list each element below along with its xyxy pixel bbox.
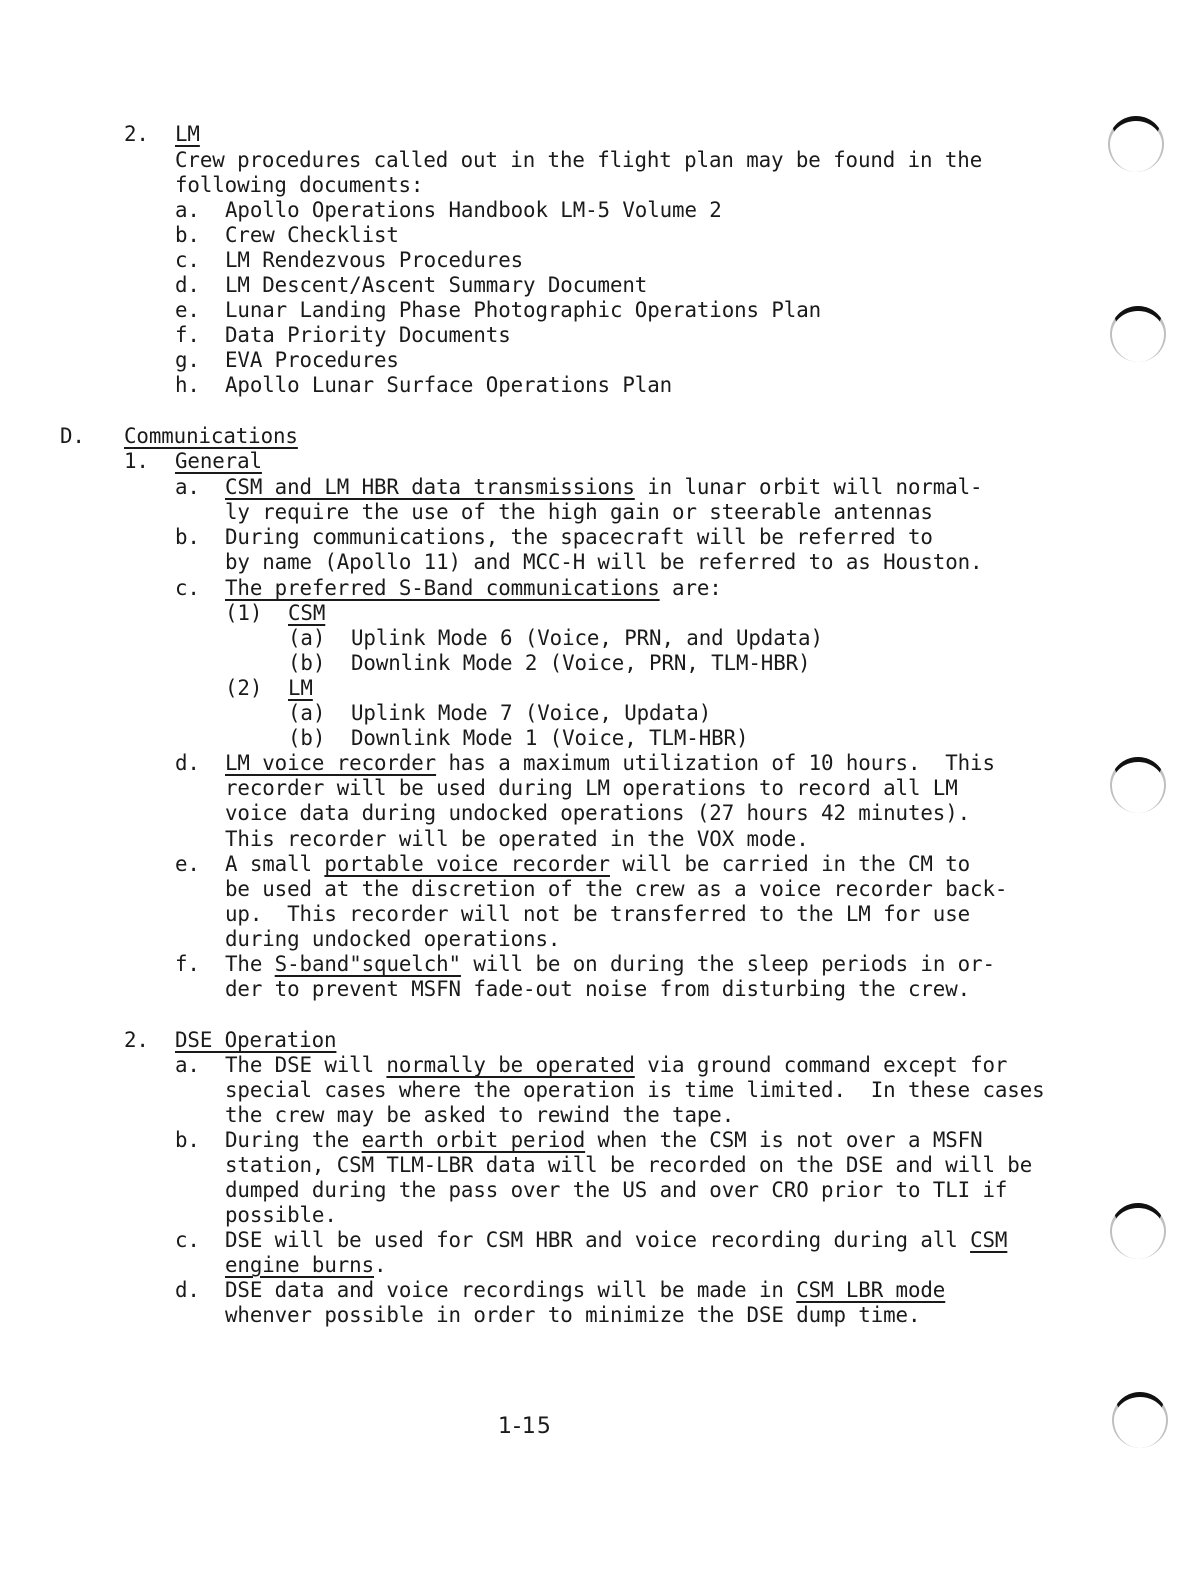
paragraph-line: engine burns. (225, 1253, 386, 1278)
list-item-label: f. (175, 323, 200, 348)
underlined-phrase: engine burns (225, 1253, 374, 1277)
text-run: A small (225, 852, 324, 876)
underlined-phrase: LM voice recorder (225, 751, 436, 775)
sub-item-label: (2) (225, 676, 262, 701)
text-run: The (225, 952, 275, 976)
subsection-number: 1. (124, 449, 149, 474)
paragraph-line: DSE data and voice recordings will be ma… (225, 1278, 945, 1303)
paragraph-line: station, CSM TLM-LBR data will be record… (225, 1153, 1032, 1178)
document-page: 2. LM Crew procedures called out in the … (0, 0, 1196, 1569)
list-item-label: c. (175, 576, 200, 601)
paragraph-line: A small portable voice recorder will be … (225, 852, 970, 877)
paragraph-line: possible. (225, 1203, 337, 1228)
list-item-label: b. (175, 223, 200, 248)
binder-hole-mark (1112, 1392, 1168, 1448)
list-item: Apollo Operations Handbook LM-5 Volume 2 (225, 198, 722, 223)
text-run: During the (225, 1128, 362, 1152)
paragraph-line: The preferred S-Band communications are: (225, 576, 722, 601)
underlined-phrase: normally be operated (386, 1053, 634, 1077)
list-item-label: a. (175, 198, 200, 223)
section-title-communications: Communications (124, 424, 298, 449)
paragraph-line: dumped during the pass over the US and o… (225, 1178, 1007, 1203)
underlined-phrase: The preferred S-Band communications (225, 576, 660, 600)
sub-sub-item: Downlink Mode 1 (Voice, TLM-HBR) (351, 726, 748, 751)
list-item: LM Rendezvous Procedures (225, 248, 523, 273)
list-item-label: a. (175, 1053, 200, 1078)
paragraph-line: be used at the discretion of the crew as… (225, 877, 1007, 902)
list-item: Apollo Lunar Surface Operations Plan (225, 373, 672, 398)
underlined-phrase: portable voice recorder (324, 852, 610, 876)
paragraph-line: This recorder will be operated in the VO… (225, 827, 809, 852)
text-run: when the CSM is not over a MSFN (585, 1128, 982, 1152)
list-item-label: c. (175, 1228, 200, 1253)
sub-item-label: (1) (225, 601, 262, 626)
sub-sub-item-label: (a) (288, 626, 325, 651)
page-number: 1-15 (498, 1414, 552, 1439)
paragraph-line: der to prevent MSFN fade-out noise from … (225, 977, 970, 1002)
text-run: has a maximum utilization of 10 hours. T… (436, 751, 995, 775)
text-run: in lunar orbit will normal- (635, 475, 983, 499)
paragraph-line: during undocked operations. (225, 927, 560, 952)
underlined-phrase: earth orbit period (362, 1128, 586, 1152)
list-item-label: d. (175, 273, 200, 298)
sub-sub-item: Downlink Mode 2 (Voice, PRN, TLM-HBR) (351, 651, 810, 676)
paragraph-line: up. This recorder will not be transferre… (225, 902, 970, 927)
paragraph-line: DSE will be used for CSM HBR and voice r… (225, 1228, 1007, 1253)
text-run: DSE data and voice recordings will be ma… (225, 1278, 796, 1302)
paragraph-line: voice data during undocked operations (2… (225, 801, 970, 826)
list-item-label: e. (175, 852, 200, 877)
sub-sub-item-label: (a) (288, 701, 325, 726)
list-item-label: e. (175, 298, 200, 323)
text-run: will be carried in the CM to (610, 852, 970, 876)
paragraph-line: whenver possible in order to minimize th… (225, 1303, 920, 1328)
text-run: . (374, 1253, 386, 1277)
section-title-lm: LM (175, 122, 200, 147)
text-run: will be on during the sleep periods in o… (461, 952, 995, 976)
text-run: The DSE will (225, 1053, 386, 1077)
list-item-label: h. (175, 373, 200, 398)
sub-sub-item: Uplink Mode 6 (Voice, PRN, and Updata) (351, 626, 823, 651)
section-number: 2. (124, 122, 149, 147)
paragraph-line: following documents: (175, 173, 423, 198)
underlined-phrase: CSM and LM HBR data transmissions (225, 475, 635, 499)
paragraph-line: LM voice recorder has a maximum utilizat… (225, 751, 995, 776)
list-item: Data Priority Documents (225, 323, 511, 348)
binder-hole-mark (1110, 757, 1166, 813)
subsection-title-general: General (175, 449, 262, 474)
paragraph-line: CSM and LM HBR data transmissions in lun… (225, 475, 982, 500)
text-run: DSE will be used for CSM HBR and voice r… (225, 1228, 970, 1252)
underlined-phrase: CSM LBR mode (796, 1278, 945, 1302)
sub-item-title-lm: LM (288, 676, 313, 701)
list-item: Lunar Landing Phase Photographic Operati… (225, 298, 821, 323)
list-item-label: b. (175, 525, 200, 550)
sub-sub-item-label: (b) (288, 726, 325, 751)
list-item: Crew Checklist (225, 223, 399, 248)
paragraph-line: special cases where the operation is tim… (225, 1078, 1045, 1103)
list-item-label: f. (175, 952, 200, 977)
section-letter: D. (60, 424, 85, 449)
paragraph-line: During the earth orbit period when the C… (225, 1128, 983, 1153)
text-run: via ground command except for (635, 1053, 1008, 1077)
binder-hole-mark (1110, 306, 1166, 362)
paragraph-line: Crew procedures called out in the flight… (175, 148, 982, 173)
underlined-phrase: CSM (970, 1228, 1007, 1252)
paragraph-line: by name (Apollo 11) and MCC-H will be re… (225, 550, 982, 575)
paragraph-line: recorder will be used during LM operatio… (225, 776, 958, 801)
paragraph-line: The DSE will normally be operated via gr… (225, 1053, 1007, 1078)
sub-sub-item: Uplink Mode 7 (Voice, Updata) (351, 701, 711, 726)
list-item-label: d. (175, 751, 200, 776)
paragraph-line: ly require the use of the high gain or s… (225, 500, 933, 525)
list-item-label: d. (175, 1278, 200, 1303)
list-item-label: g. (175, 348, 200, 373)
list-item-label: a. (175, 475, 200, 500)
list-item-label: b. (175, 1128, 200, 1153)
binder-hole-mark (1108, 116, 1164, 172)
sub-sub-item-label: (b) (288, 651, 325, 676)
list-item: EVA Procedures (225, 348, 399, 373)
paragraph-line: During communications, the spacecraft wi… (225, 525, 933, 550)
binder-hole-mark (1110, 1203, 1166, 1259)
paragraph-line: the crew may be asked to rewind the tape… (225, 1103, 734, 1128)
subsection-number: 2. (124, 1028, 149, 1053)
sub-item-title-csm: CSM (288, 601, 325, 626)
list-item-label: c. (175, 248, 200, 273)
paragraph-line: The S-band"squelch" will be on during th… (225, 952, 995, 977)
text-run: are: (660, 576, 722, 600)
list-item: LM Descent/Ascent Summary Document (225, 273, 647, 298)
underlined-phrase: S-band"squelch" (275, 952, 461, 976)
subsection-title-dse-operation: DSE Operation (175, 1028, 336, 1053)
